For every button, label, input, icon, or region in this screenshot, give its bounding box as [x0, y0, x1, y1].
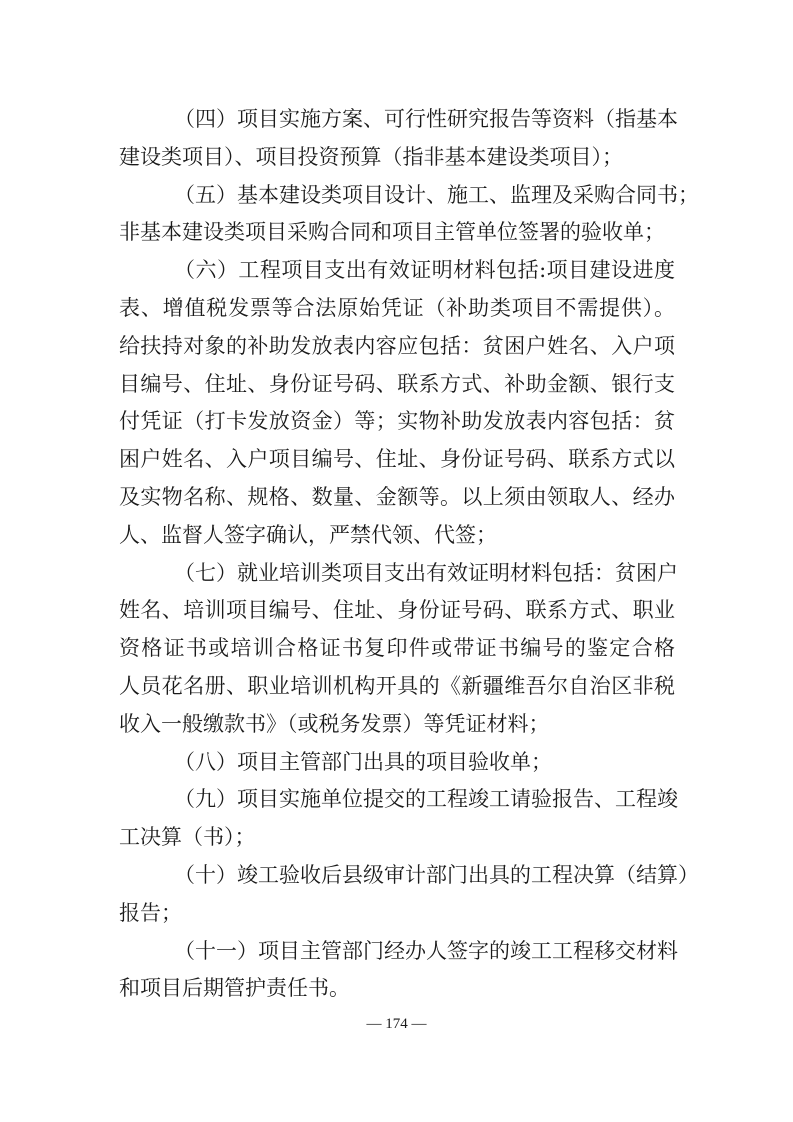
text-line: 付凭证（打卡发放资金）等；实物补助发放表内容包括：贫 [119, 403, 675, 441]
text-line: 人员花名册、职业培训机构开具的《新疆维吾尔自治区非税 [119, 668, 675, 706]
text-line: （六）工程项目支出有效证明材料包括:项目建设进度 [119, 252, 675, 290]
text-line: （四）项目实施方案、可行性研究报告等资料（指基本 [119, 101, 675, 139]
text-line: 表、增值税发票等合法原始凭证（补助类项目不需提供）。 [119, 290, 675, 328]
body-text: （四）项目实施方案、可行性研究报告等资料（指基本 建设类项目）、项目投资预算（指… [119, 101, 675, 1008]
text-line: 收入一般缴款书》（或税务发票）等凭证材料； [119, 706, 675, 744]
text-line: 给扶持对象的补助发放表内容应包括：贫困户姓名、入户项 [119, 328, 675, 366]
text-line: （十一）项目主管部门经办人签字的竣工工程移交材料 [119, 933, 675, 971]
text-line: （八）项目主管部门出具的项目验收单； [119, 744, 675, 782]
paragraph-item-10: （十）竣工验收后县级审计部门出具的工程决算（结算） 报告； [119, 857, 675, 933]
text-line: 建设类项目）、项目投资预算（指非基本建设类项目）； [119, 139, 675, 177]
text-line: （七）就业培训类项目支出有效证明材料包括：贫困户 [119, 555, 675, 593]
paragraph-item-5: （五）基本建设类项目设计、施工、监理及采购合同书； 非基本建设类项目采购合同和项… [119, 177, 675, 253]
text-line: （九）项目实施单位提交的工程竣工请验报告、工程竣 [119, 781, 675, 819]
paragraph-item-9: （九）项目实施单位提交的工程竣工请验报告、工程竣 工决算（书）； [119, 781, 675, 857]
paragraph-item-6: （六）工程项目支出有效证明材料包括:项目建设进度 表、增值税发票等合法原始凭证（… [119, 252, 675, 554]
text-line: 困户姓名、入户项目编号、住址、身份证号码、联系方式以 [119, 441, 675, 479]
text-line: （五）基本建设类项目设计、施工、监理及采购合同书； [119, 177, 675, 215]
text-line: 及实物名称、规格、数量、金额等。以上须由领取人、经办 [119, 479, 675, 517]
text-line: 目编号、住址、身份证号码、联系方式、补助金额、银行支 [119, 366, 675, 404]
text-line: （十）竣工验收后县级审计部门出具的工程决算（结算） [119, 857, 675, 895]
paragraph-item-4: （四）项目实施方案、可行性研究报告等资料（指基本 建设类项目）、项目投资预算（指… [119, 101, 675, 177]
document-page: （四）项目实施方案、可行性研究报告等资料（指基本 建设类项目）、项目投资预算（指… [0, 0, 793, 1122]
page-number: — 174 — [0, 1016, 793, 1033]
text-line: 非基本建设类项目采购合同和项目主管单位签署的验收单； [119, 214, 675, 252]
text-line: 报告； [119, 895, 675, 933]
paragraph-item-11: （十一）项目主管部门经办人签字的竣工工程移交材料 和项目后期管护责任书。 [119, 933, 675, 1009]
text-line: 和项目后期管护责任书。 [119, 970, 675, 1008]
text-line: 资格证书或培训合格证书复印件或带证书编号的鉴定合格 [119, 630, 675, 668]
paragraph-item-8: （八）项目主管部门出具的项目验收单； [119, 744, 675, 782]
text-line: 姓名、培训项目编号、住址、身份证号码、联系方式、职业 [119, 592, 675, 630]
paragraph-item-7: （七）就业培训类项目支出有效证明材料包括：贫困户 姓名、培训项目编号、住址、身份… [119, 555, 675, 744]
text-line: 人、监督人签字确认，严禁代领、代签； [119, 517, 675, 555]
text-line: 工决算（书）； [119, 819, 675, 857]
